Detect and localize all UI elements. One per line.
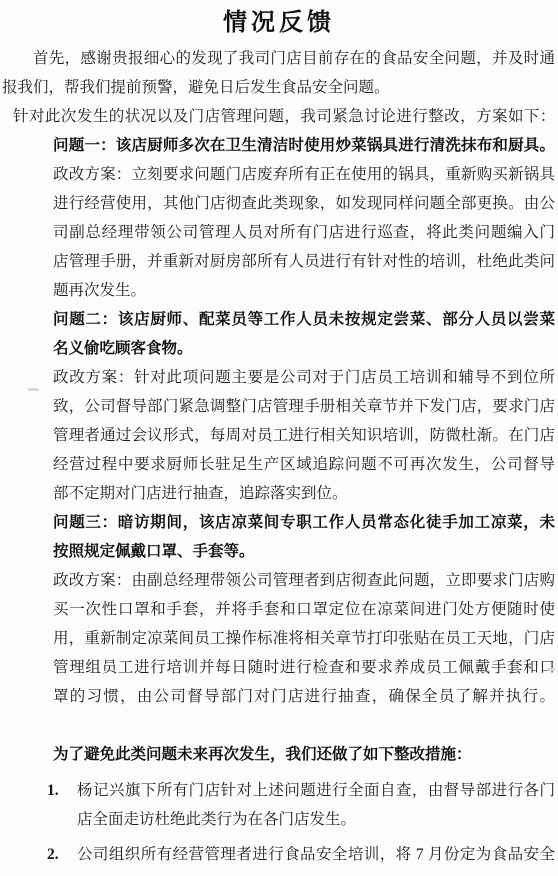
issue-1-plan-line: 司副总经理带领公司管理人员对所有门店进行巡查，将此类问题编入门 [53, 218, 555, 247]
issue-2-plan-line: 致，公司督导部门紧急调整门店管理手册相关章节并下发门店，要求门店 [53, 392, 555, 421]
list-item-line: 杨记兴旗下所有门店针对上述问题进行全面自查，由督导部进行各门 [77, 776, 555, 805]
list-item-text: 杨记兴旗下所有门店针对上述问题进行全面自查，由督导部进行各门 店全面走访杜绝此类… [77, 776, 555, 834]
intro-line-2: 报我们，帮我们提前预警，避免日后发生食品安全问题。 [2, 73, 555, 102]
list-item: 1. 杨记兴旗下所有门店针对上述问题进行全面自查，由督导部进行各门 店全面走访杜… [47, 776, 555, 834]
list-item-number: 1. [47, 776, 77, 834]
document-page: 情况反馈 首先，感谢贵报细心的发现了我司门店目前存在的食品安全问题，并及时通 报… [0, 0, 558, 876]
issue-1-plan-line: 政改方案：立刻要求问题门店废弃所有正在使用的锅具，重新购买新锅具 [53, 160, 555, 189]
issue-3-heading-line: 问题三：暗访期间，该店凉菜间专职工作人员常态化徒手加工凉菜，未 [53, 508, 555, 537]
issue-3-plan-line: 管理组员工进行培训并每日随时进行检查和要求养成员工佩戴手套和口 [53, 653, 555, 682]
issue-1-plan-line: 进行经营使用，其他门店彻查此类现象，如发现同样问题全部更换。由公 [53, 189, 555, 218]
list-item-text: 公司组织所有经营管理者进行食品安全培训，将 7 月份定为食品安全 [77, 840, 555, 869]
issue-2-plan-line: 部不定期对门店进行抽查，追踪落实到位。 [53, 479, 555, 508]
intro-line-3: 针对此次发生的状况以及门店管理问题，我司紧急讨论进行整改，方案如下： [2, 102, 555, 131]
issue-2-heading-line: 问题二：该店厨师、配菜员等工作人员未按规定尝菜、部分人员以尝菜 [53, 305, 555, 334]
list-item-line: 店全面走访杜绝此类行为在各门店发生。 [77, 805, 555, 834]
issue-3-plan-line: 用，重新制定凉菜间员工操作标准将相关章节打印张贴在员工天地，门店 [53, 624, 555, 653]
scan-artifact [547, 668, 555, 671]
document-body: 首先，感谢贵报细心的发现了我司门店目前存在的食品安全问题，并及时通 报我们，帮我… [0, 40, 558, 869]
issue-3-plan-line: 罩的习惯，由公司督导部门对门店进行抽查，确保全员了解并执行。 [53, 682, 555, 711]
issue-3-plan-line: 政改方案：由副总经理带领公司管理者到店彻查此问题，立即要求门店购 [53, 566, 555, 595]
issue-2-plan-line: 政改方案：针对此项问题主要是公司对于门店员工培训和辅导不到位所 [53, 363, 555, 392]
issue-3-plan-line: 买一次性口罩和手套，并将手套和口罩定位在凉菜间进门处方便随时使 [53, 595, 555, 624]
paragraph-spacer [53, 711, 555, 740]
list-item-number: 2. [47, 840, 77, 869]
issue-1-plan-line: 店管理手册，并重新对厨房部所有人员进行有针对性的培训，杜绝此类问 [53, 247, 555, 276]
issue-2-plan-line: 经营过程中要求厨师长驻足生产区域追踪问题不可再次发生，公司督导 [53, 450, 555, 479]
intro-line-1: 首先，感谢贵报细心的发现了我司门店目前存在的食品安全问题，并及时通 [2, 44, 555, 73]
issue-3-heading-line: 按照规定佩戴口罩、手套等。 [53, 537, 555, 566]
issue-1-heading-line: 问题一：该店厨师多次在卫生清洁时使用炒菜锅具进行清洗抹布和厨具。 [53, 131, 555, 160]
issue-2-heading-line: 名义偷吃顾客食物。 [53, 334, 555, 363]
measures-list: 1. 杨记兴旗下所有门店针对上述问题进行全面自查，由督导部进行各门 店全面走访杜… [53, 776, 555, 869]
issue-2-plan-line: 管理者通过会议形式，每周对员工进行相关知识培训，防微杜渐。在门店 [53, 421, 555, 450]
list-item: 2. 公司组织所有经营管理者进行食品安全培训，将 7 月份定为食品安全 [47, 840, 555, 869]
measures-heading: 为了避免此类问题未来再次发生，我们还做了如下整改措施： [53, 740, 555, 769]
issues-block: 问题一：该店厨师多次在卫生清洁时使用炒菜锅具进行清洗抹布和厨具。 政改方案：立刻… [53, 131, 555, 869]
list-item-line: 公司组织所有经营管理者进行食品安全培训，将 7 月份定为食品安全 [77, 840, 555, 869]
scan-artifact [28, 388, 39, 391]
document-title: 情况反馈 [0, 6, 558, 40]
issue-1-plan-line: 题再次发生。 [53, 276, 555, 305]
